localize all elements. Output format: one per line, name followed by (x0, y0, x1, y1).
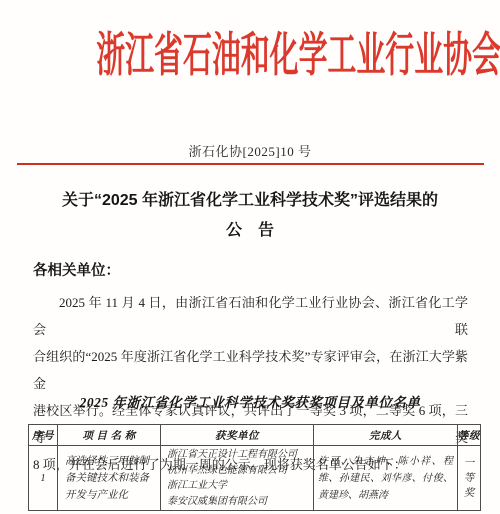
letterhead-title: 浙江省石油和化学工业行业协会文件 (96, 26, 404, 86)
official-document-page: 浙江省石油和化学工业行业协会文件 浙石化协[2025]10 号 关于“2025 … (0, 0, 500, 514)
cell-awarded-units: 浙江省天正设计工程有限公司 杭州华杰绿色能源有限公司 浙江工业大学 泰安汉威集团… (161, 446, 314, 511)
document-number: 浙石化协[2025]10 号 (0, 141, 500, 160)
red-divider-line (17, 163, 484, 165)
grade-vertical-text: 一等奖 (464, 456, 475, 501)
cell-serial-number: 1 (29, 446, 58, 511)
header-project-name: 项 目 名 称 (58, 425, 161, 446)
document-title: 关于“2025 年浙江省化学工业科学技术奖”评选结果的 公 告 (0, 186, 500, 246)
completers-text: 许可、朱志坤、陈小祥、程维、孙建民、刘华彦、付俊、黄建珍、胡燕涛 (314, 453, 457, 504)
awarded-unit: 浙江省天正设计工程有限公司 (161, 447, 313, 463)
document-title-line1: 关于“2025 年浙江省化学工业科学技术奖”评选结果的 (0, 186, 500, 216)
cell-completers: 许可、朱志坤、陈小祥、程维、孙建民、刘华彦、付俊、黄建珍、胡燕涛 (314, 446, 458, 511)
cell-grade: 一等奖 (458, 446, 481, 511)
awarded-unit: 浙江工业大学 (161, 478, 313, 494)
header-grade: 等级 (458, 425, 481, 446)
header-completers: 完成人 (314, 425, 458, 446)
document-title-line2: 公 告 (0, 216, 500, 246)
awarded-unit: 泰安汉威集团有限公司 (161, 494, 313, 510)
table-row: 1 高选择性三甲胺制备关键技术和装备开发与产业化 浙江省天正设计工程有限公司 杭… (29, 446, 481, 511)
awards-table: 序号 项 目 名 称 获奖单位 完成人 等级 1 高选择性三甲胺制备关键技术和装… (28, 424, 481, 511)
project-name-text: 高选择性三甲胺制备关键技术和装备开发与产业化 (58, 453, 160, 504)
header-serial-number: 序号 (29, 425, 58, 446)
cell-project-name: 高选择性三甲胺制备关键技术和装备开发与产业化 (58, 446, 161, 511)
table-header-row: 序号 项 目 名 称 获奖单位 完成人 等级 (29, 425, 481, 446)
paragraph-line: 2025 年 11 月 4 日，由浙江省石油和化学工业行业协会、浙江省化工学会联 (33, 289, 468, 343)
paragraph-line: 合组织的“2025 年度浙江省化学工业科学技术奖”专家评审会，在浙江大学紫金 (33, 343, 468, 397)
awarded-unit: 杭州华杰绿色能源有限公司 (161, 463, 313, 479)
awards-table-title: 2025 年浙江省化学工业科学技术奖获奖项目及单位名单 (0, 391, 500, 411)
header-awarded-unit: 获奖单位 (161, 425, 314, 446)
salutation: 各相关单位： (33, 259, 120, 280)
